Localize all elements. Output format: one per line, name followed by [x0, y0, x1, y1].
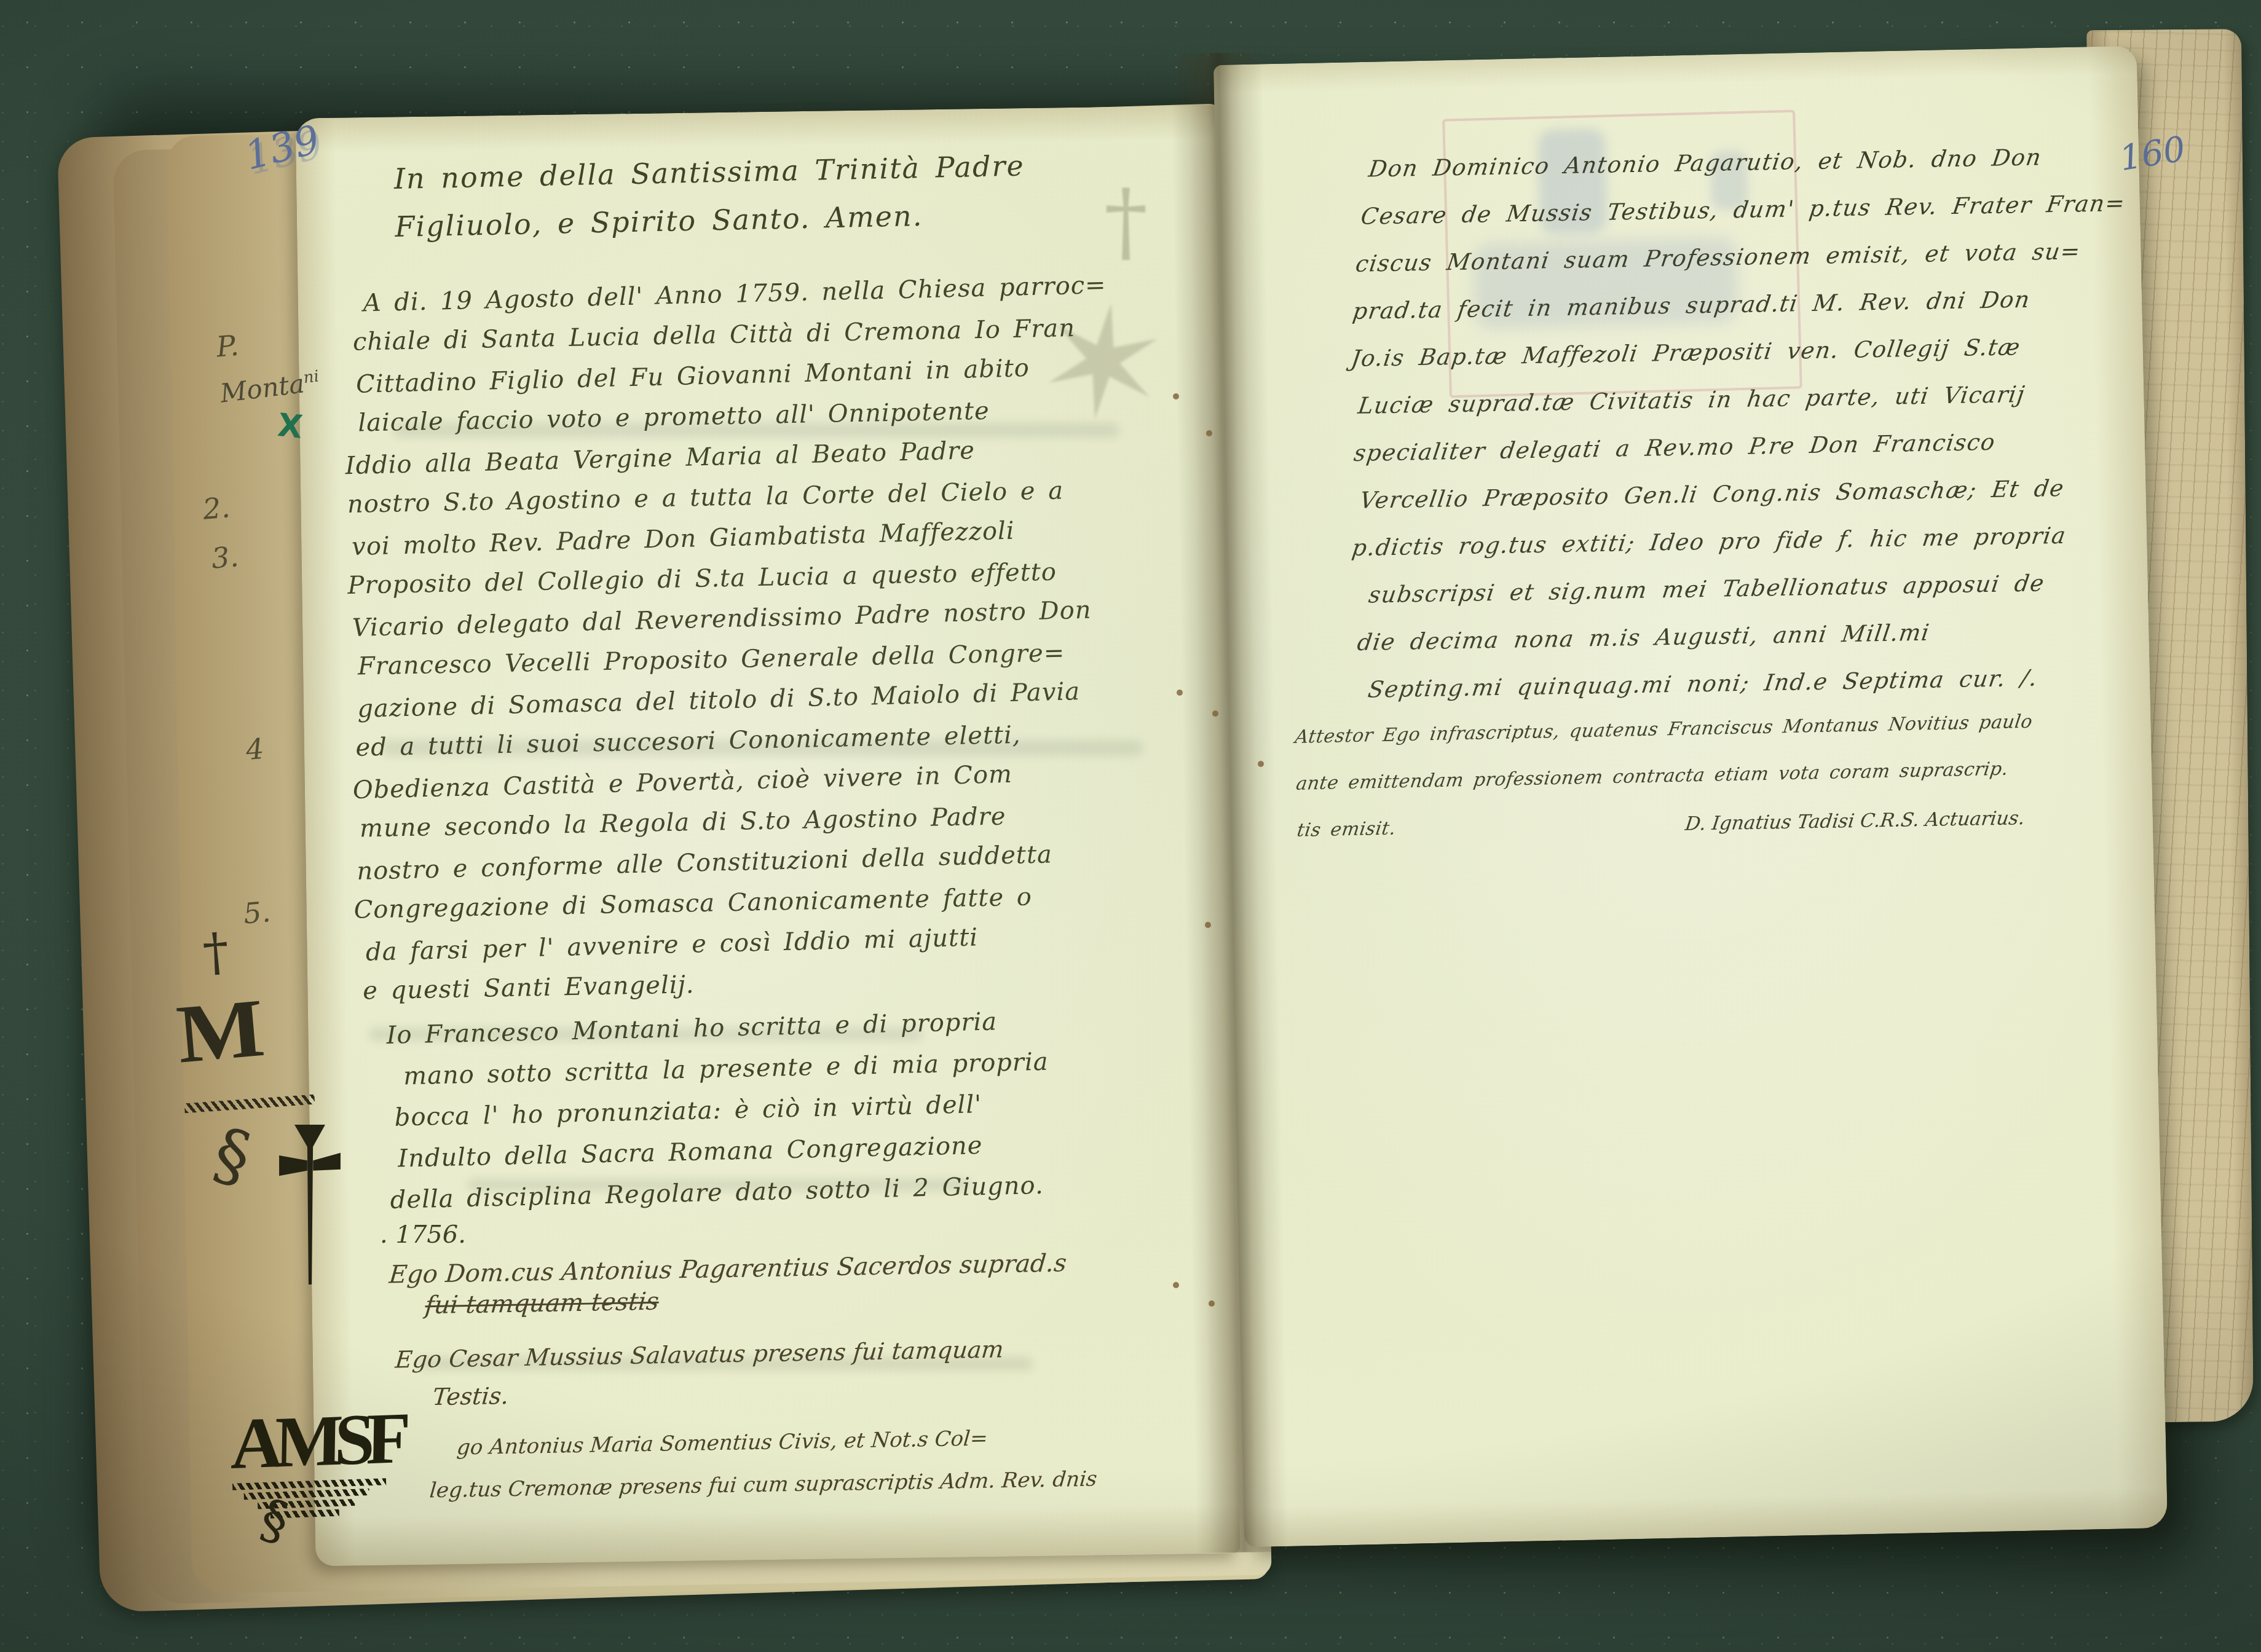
tabellion-mark: AMSF § — [230, 1402, 406, 1562]
prev-leaf-cross-icon: † — [201, 921, 231, 983]
year-line: . 1756. — [380, 1221, 466, 1249]
declaration-paragraph: Io Francesco Montani ho scritta e di pro… — [386, 1001, 1052, 1221]
margin-surname-superscript: ni — [302, 367, 320, 387]
stitch-hole — [1209, 1300, 1215, 1307]
stitch-hole — [1212, 710, 1218, 717]
edge-margin-number: 3. — [210, 540, 240, 575]
edge-margin-number: P. — [215, 329, 240, 364]
margin-x-mark: X — [276, 407, 304, 446]
stitch-hole — [1258, 761, 1264, 767]
stitch-hole — [1173, 393, 1179, 399]
prev-leaf-monogram: M — [173, 980, 265, 1082]
margin-cross-icon — [278, 1120, 342, 1291]
stitch-hole — [1177, 690, 1183, 696]
witness-signature-mussius-end: Testis. — [432, 1382, 510, 1410]
stitch-hole — [1205, 922, 1211, 928]
stitch-hole — [1206, 430, 1212, 436]
stitch-hole — [1173, 1282, 1179, 1288]
vow-paragraph: A di. 19 Agosto dell' Anno 1759. nella C… — [342, 267, 1120, 1012]
edge-margin-number: 5. — [242, 895, 272, 930]
bleed-star-icon: ✶ — [1026, 266, 1180, 463]
notarial-act-paragraph: Don Dominico Antonio Pagarutio, et Nob. … — [1350, 132, 2130, 714]
edge-margin-number: 2. — [202, 490, 231, 526]
tabellion-mark-step — [244, 1489, 369, 1500]
edge-margin-number: 4 — [245, 732, 266, 766]
witness-signature-pagarentius-struck: fui tamquam testis — [424, 1288, 660, 1320]
bleed-cross-icon: † — [1104, 171, 1148, 272]
invocation-heading: In nome della Santissima Trinità PadreFi… — [393, 142, 1026, 251]
tabellion-mark-letters: AMSF — [231, 1402, 403, 1481]
manuscript-photo: 139 160 In nome della Santissima Trinità… — [0, 0, 2261, 1652]
